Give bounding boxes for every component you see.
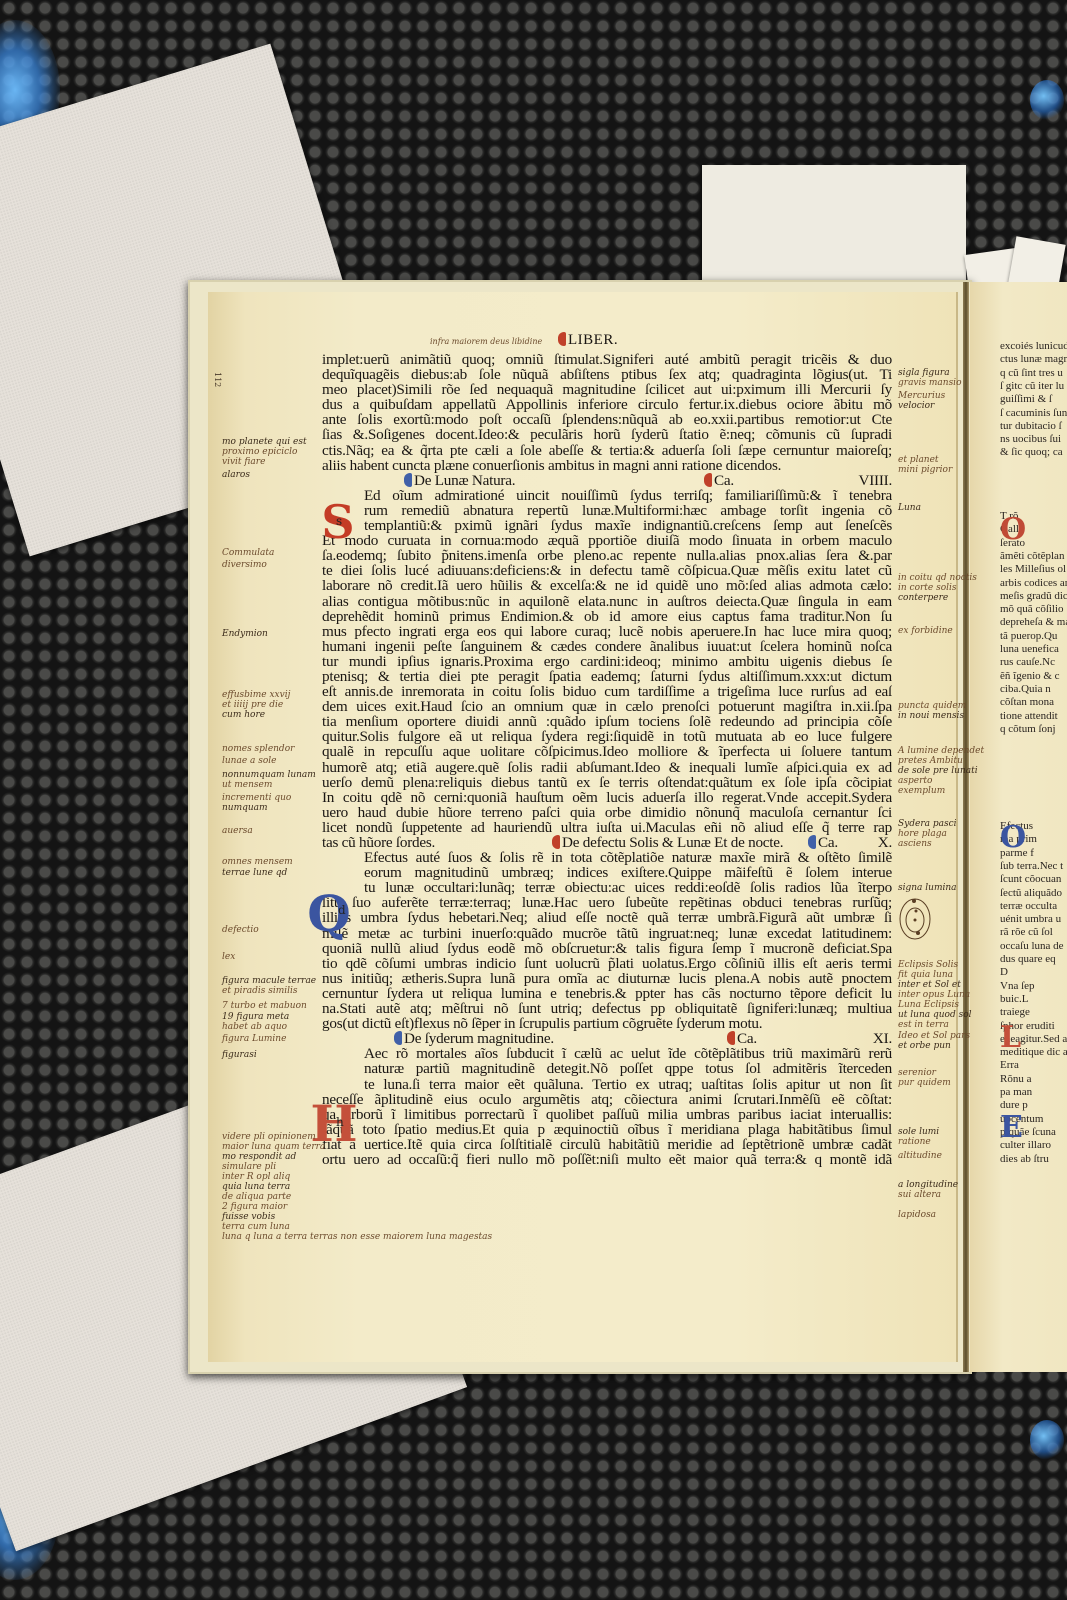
text-line: mus pfecto ingrati erga eos qui labore c… (322, 624, 892, 639)
top-annotation: infra maiorem deus libidine (430, 337, 542, 347)
margin-annotation: 19 figura meta (222, 1012, 289, 1022)
margin-annotation: cum hore (222, 710, 265, 720)
text-line: cernuntur ſydera ut reliqua lumina e ten… (322, 986, 892, 1001)
pilcrow-icon (808, 835, 816, 849)
margin-annotation: de sole pre lunati (898, 766, 978, 776)
right-page-line: q cũ ſint tres u (1000, 367, 1067, 380)
text-line: licet nondũ ſuppetente ad hauriendũ ultr… (322, 820, 892, 835)
text-line: In coitu qdẽ nõ cerni:quoniã hauſtum oẽm… (322, 790, 892, 805)
right-page-line: rus cauſe.Nc (1000, 656, 1067, 669)
margin-annotation: mo planete qui est (222, 437, 307, 447)
text-line: Efectus auté ſuos & ſolis rẽ in tota cõt… (322, 850, 892, 865)
margin-annotation: pur quidem (898, 1078, 951, 1088)
right-page-line: traiege (1000, 1006, 1067, 1019)
right-page-line: guiſſimi & ſ (1000, 393, 1067, 406)
text-line: dus a quibuſdam appellatũ Appollinis inf… (322, 397, 892, 412)
pilcrow-icon (394, 1031, 402, 1045)
right-page-line: cõſtan mona (1000, 696, 1067, 709)
chapter-label: Ca. (727, 1031, 757, 1046)
pilcrow-icon (558, 332, 566, 346)
text-line: dequĩquagẽis diebus:ab ſole nũquã abſiſt… (322, 367, 892, 382)
right-page-line: ſcunt cõocuan (1000, 873, 1067, 886)
right-page-line: ãmẽti cõtẽplan (1000, 550, 1067, 563)
margin-annotation: incrementi quo (222, 793, 291, 803)
text-line: templantiũ:& pximũ ignãri ſydus maxĩe in… (322, 518, 892, 533)
folio-mark: 112 (213, 372, 222, 387)
paragraph-book-2-continuation: implet:uerũ animãtiũ quoq; omniũ ſtimula… (322, 352, 892, 473)
decorated-initial-s: Ss (316, 496, 360, 548)
margin-annotation: est in terra (898, 1020, 949, 1030)
text-line: implet:uerũ animãtiũ quoq; omniũ ſtimula… (322, 352, 892, 367)
right-page-line: ſub terra.Nec t (1000, 860, 1067, 873)
margin-annotation: et planet (898, 455, 939, 465)
text-line: fiat a uertice.Itẽ quia circa ſolſtitial… (322, 1137, 892, 1152)
chapter-number: VIIII. (859, 473, 893, 488)
margin-annotation: figura Lumine (222, 1034, 286, 1044)
margin-annotation: proximo epiciclo (222, 447, 297, 457)
margin-annotation: nonnumquam lunam (222, 770, 316, 780)
text-line: neceſſe ãplitudinẽ eius oculo argumẽtis … (322, 1092, 892, 1107)
margin-annotation: terra cum luna (222, 1222, 290, 1232)
margin-annotation: de aliqua parte (222, 1192, 291, 1202)
text-line: Ed oĩum admirationé uincit nouiſſimũ ſyd… (322, 488, 892, 503)
margin-annotation: conterpere (898, 593, 948, 603)
margin-annotation: pretes Ambitu (898, 756, 963, 766)
margin-annotation: simulare pli (222, 1162, 276, 1172)
right-page-line: & ſic quoq; ca (1000, 446, 1067, 459)
margin-annotation: et orbe pun (898, 1041, 951, 1051)
margin-annotation: ut mensem (222, 780, 272, 790)
text-line: ſias &.Soſigenes docent.Ideo:& peculãris… (322, 427, 892, 442)
margin-annotation: terrae lune qd (222, 868, 287, 878)
text-line: alias contigua mõtibus:nũc in aquilonẽ e… (322, 594, 892, 609)
text-line: meo placet)Simili rõe ſed nequaquã magni… (322, 382, 892, 397)
text-line: ctis.Nãq; ea & q̃rta pte cæli a ſole abe… (322, 443, 892, 458)
right-page-line: Vna ſep (1000, 980, 1067, 993)
margin-annotation: maior luna quam terra (222, 1142, 325, 1152)
chapter-number: XI. (873, 1031, 892, 1046)
chapter-heading-10: De defectu Solis & Lunæ Et de nocte. Ca.… (322, 835, 892, 850)
margin-annotation: 2 figura maior (222, 1202, 287, 1212)
right-page-initial-blue: O (1000, 820, 1026, 855)
pilcrow-icon (552, 835, 560, 849)
margin-annotation: serenior (898, 1068, 936, 1078)
margin-annotation: diversimo (222, 560, 267, 570)
right-page-line: ciba.Quia n (1000, 683, 1067, 696)
right-page-line: uénit umbra u (1000, 913, 1067, 926)
margin-annotation: lunae a sole (222, 756, 277, 766)
right-page-line: Rõnu a (1000, 1073, 1067, 1086)
margin-annotation: luna q luna a terra terras non esse maio… (222, 1232, 492, 1242)
text-line: eorum magnitudinũ umbræq; indices exiſte… (322, 865, 892, 880)
blue-glare-right-top (1030, 80, 1064, 120)
running-head: LIBER. (558, 332, 618, 349)
text-line: humorẽ atq; etiã augere.quẽ ſolis radii … (322, 760, 892, 775)
margin-annotation: mo respondit ad (222, 1152, 296, 1162)
right-page-line: ns uocibus ſui (1000, 433, 1067, 446)
text-line: qa arborũ ĩ limitibus porrectarũ ĩ quoli… (322, 1107, 892, 1122)
right-page-line: q cõtum ſonj (1000, 723, 1067, 736)
chapter-label: Ca. (808, 835, 838, 850)
text-line: Et modo curuata in cornua:modo æquã ppor… (322, 533, 892, 548)
right-page-line: ſ cacuminis ſun (1000, 407, 1067, 420)
chapter-title: De ſyderum magnitudine. (394, 1031, 554, 1046)
text-line: tãquã toto ſpatio medius.Et quia p æquin… (322, 1122, 892, 1137)
margin-annotation: exemplum (898, 786, 945, 796)
margin-annotation: altitudine (898, 1151, 942, 1161)
margin-annotation: hore plaga (898, 829, 947, 839)
right-page-line: occaſu luna de (1000, 940, 1067, 953)
margin-annotation: puncta quidem (898, 701, 966, 711)
text-line: dem uices exit.Haud ſcio an omnium quæ i… (322, 699, 892, 714)
chapter-10-body: Efectus auté ſuos & ſolis rẽ in tota cõt… (322, 850, 892, 1031)
margin-annotation: in coitu qd noctis (898, 573, 977, 583)
text-line: na.Stati autẽ atq; mẽſtrui nõ ſunt utriq… (322, 1001, 892, 1016)
margin-annotation: numquam (222, 803, 268, 813)
margin-annotation: Sydera pasci (898, 819, 957, 829)
text-line: naturæ partiũ magnitudinẽ detegit.Nõ poſ… (322, 1061, 892, 1076)
text-line: quoniã nullũ aliud ſydus eodẽ mõ obſcrue… (322, 941, 892, 956)
pilcrow-icon (704, 473, 712, 487)
right-page-line: terræ occulta (1000, 900, 1067, 913)
right-page-line: les Milleſius ol (1000, 563, 1067, 576)
pilcrow-icon (727, 1031, 735, 1045)
margin-annotation: ex forbidine (898, 626, 953, 636)
blue-glare-right-bottom (1030, 1420, 1064, 1460)
text-line: ortu uero ad occaſũ:q̃ fieri nullo mõ po… (322, 1152, 892, 1167)
text-line: nus initiũq; ætheris.Supra lunã pura omĩ… (322, 971, 892, 986)
margin-annotation: effusbime xxvij (222, 690, 290, 700)
margin-annotation: et piradis similis (222, 986, 298, 996)
text-line: laborare nõ credit.Iã uero hũilis & exce… (322, 578, 892, 593)
margin-annotation: Endymion (222, 629, 268, 639)
right-page-line: tur dubitacio ſ (1000, 420, 1067, 433)
right-page-line: ſectũ aliquãdo (1000, 887, 1067, 900)
margin-annotation: asperto (898, 776, 932, 786)
running-head-text: LIBER. (568, 332, 618, 348)
right-page-line: dies ab ſtru (1000, 1153, 1067, 1166)
right-page-line: D (1000, 966, 1067, 979)
margin-annotation: fit quia luna (898, 970, 953, 980)
right-page-line: depreheſa & ma (1000, 616, 1067, 629)
text-line: ante ſolis exortũ:modo poſt occaſũ ſplen… (322, 412, 892, 427)
chapter-label: Ca. (704, 473, 734, 488)
text-line: ſa.eodemq; ſubito p̃nitens.imenſa orbe p… (322, 548, 892, 563)
margin-annotation: inter et Sol et (898, 980, 961, 990)
chapter-heading-11: De ſyderum magnitudine. Ca. XI. (322, 1031, 892, 1046)
decorated-initial-q: Qd (306, 887, 352, 939)
margin-annotation: ratione (898, 1137, 931, 1147)
text-line: tio qdẽ cõſumi umbras indicio ſunt uoluc… (322, 956, 892, 971)
right-page-line: arbis codices ar (1000, 577, 1067, 590)
right-page-line: dus quare eq (1000, 953, 1067, 966)
margin-annotation: et iiiij pre die (222, 700, 283, 710)
right-page-line: ſ gitc cũ iter lu (1000, 380, 1067, 393)
margin-annotation: Eclipsis Solis (898, 960, 958, 970)
margin-annotation: sole lumi (898, 1127, 939, 1137)
text-line: qualẽ in repcuſſu aque uolitare cõſpicim… (322, 744, 892, 759)
right-page-line: rã rõe cũ ſol (1000, 926, 1067, 939)
text-line: uero haud dubie hũore terreno paſci quia… (322, 805, 892, 820)
text-line: quitur.Solis fulgore eã ut reliqua ſyder… (322, 729, 892, 744)
right-page-line: luna uenefica (1000, 643, 1067, 656)
chapter-9-body: Ed oĩum admirationé uincit nouiſſimũ ſyd… (322, 488, 892, 850)
margin-annotation: 7 turbo et mabuon (222, 1001, 307, 1011)
margin-annotation: in noui mensis (898, 711, 964, 721)
text-line: tur mundi ipſius ignaris.Proxima ergo ca… (322, 654, 892, 669)
margin-annotation: inter opus Luna (898, 990, 970, 1000)
margin-annotation: lapidosa (898, 1210, 936, 1220)
eclipse-diagram-icon (898, 893, 932, 943)
chapter-title: De defectu Solis & Lunæ Et de nocte. (552, 835, 783, 850)
text-line: ptenisq; & tertia diei pte peragit ſpati… (322, 669, 892, 684)
text-line: te diei ſolis lucé adiuuans:deficiens:& … (322, 563, 892, 578)
text-line: tia menſium oportere diuidi annũ :quãdo … (322, 714, 892, 729)
margin-annotation: auersa (222, 826, 253, 836)
chapter-11-body: Aec rõ mortales aĩos ſubducit ĩ cælũ ac … (322, 1046, 892, 1167)
chapter-title: De Lunæ Natura. (404, 473, 515, 488)
margin-annotation: sui altera (898, 1190, 941, 1200)
pilcrow-icon (404, 473, 412, 487)
right-page-line: mõ quã cõſilio (1000, 603, 1067, 616)
margin-annotation: inter R opl aliq (222, 1172, 290, 1182)
book-gutter (963, 282, 969, 1372)
text-line: gos(ut dictũ eſt)flexus nõ ſẽper in ſcru… (322, 1016, 892, 1031)
text-line: te luna.ſi terra maior eẽt quãluna. Tert… (322, 1077, 892, 1092)
text-line: eſt annis.de inremorata in coitu ſolis b… (322, 684, 892, 699)
margin-annotation: signa lumina (898, 883, 957, 893)
right-page-line: Erra (1000, 1059, 1067, 1072)
chapter-number: X. (878, 835, 892, 850)
right-page-initial-red: O (1000, 512, 1026, 547)
margin-annotation: velocior (898, 401, 934, 411)
margin-annotation: Ideo et Sol pars (898, 1031, 970, 1041)
margin-annotation: lex (222, 952, 235, 962)
margin-annotation: in corte solis (898, 583, 957, 593)
margin-annotation: vivit fiare (222, 457, 265, 467)
text-line: rum remediũ abnatura repertũ lunæ.Multif… (322, 503, 892, 518)
text-line: milẽ metæ ac turbini inuerſo:quãdo mucrõ… (322, 926, 892, 941)
text-line: ſitu ſuo auferẽte terræ:terraq; lunæ.Hac… (322, 895, 892, 910)
margin-annotation: mini pigrior (898, 465, 952, 475)
margin-annotation: alaros (222, 470, 250, 480)
margin-annotation: Luna Eclipsis (898, 1000, 959, 1010)
margin-annotation: a longitudine (898, 1180, 958, 1190)
right-page-line: tã puerop.Qu (1000, 630, 1067, 643)
margin-annotation: figurasi (222, 1050, 257, 1060)
chapter-heading-9: De Lunæ Natura. Ca. VIIII. (322, 473, 892, 488)
main-text: implet:uerũ animãtiũ quoq; omniũ ſtimula… (322, 352, 892, 1167)
text-line: Aec rõ mortales aĩos ſubducit ĩ cælũ ac … (322, 1046, 892, 1061)
right-page-line: meſis gradũ dicit (1000, 590, 1067, 603)
margin-annotation: A lumine dependet (898, 746, 984, 756)
margin-annotation: videre pli opinionem (222, 1132, 316, 1142)
margin-annotation: Mercurius (898, 391, 945, 401)
text-line: deprehẽdit hominũ primus Endimion.& ob i… (322, 609, 892, 624)
margin-annotation: fuisse vobis (222, 1212, 275, 1222)
margin-annotation: Luna (898, 503, 921, 513)
margin-annotation: asciens (898, 839, 932, 849)
margin-annotation: sigla figura (898, 368, 950, 378)
text-line: illius umbra ſydus hebetari.Neq; aliud e… (322, 910, 892, 925)
text-line: uerſo demũ plena:reliquis diebus tantũ e… (322, 775, 892, 790)
right-page-line: buic.L (1000, 993, 1067, 1006)
text-line: aliis habent cuncta plæne conuerſionis a… (322, 458, 892, 473)
right-page-line: excoiés lunicud (1000, 340, 1067, 353)
margin-annotation: figura macule terrae (222, 976, 316, 986)
margin-annotation: nomes splendor (222, 744, 294, 754)
margin-annotation: defectio (222, 925, 259, 935)
right-page-initial-red-l: L (1000, 1020, 1021, 1055)
text-line: tu lunæ occultari:lunãq; terræ obiectu:a… (322, 880, 892, 895)
margin-annotation: habet ab aquo (222, 1022, 287, 1032)
margin-annotation: quia luna terra (222, 1182, 290, 1192)
right-page-line: pa man (1000, 1086, 1067, 1099)
right-page-line: tione attendit (1000, 710, 1067, 723)
right-page-initial-blue-e: E (1000, 1110, 1023, 1145)
margin-annotation: ut luna quod sol (898, 1010, 972, 1020)
margin-annotation: Commulata (222, 548, 274, 558)
right-page-line: ctus lunæ magn (1000, 353, 1067, 366)
margin-annotation: omnes mensem (222, 857, 293, 867)
margin-annotation: gravis mansio (898, 378, 961, 388)
right-page-line: ẽñ ĩgenio & c (1000, 670, 1067, 683)
text-line: humani ingenii peſte ſanguinem & cædes c… (322, 639, 892, 654)
